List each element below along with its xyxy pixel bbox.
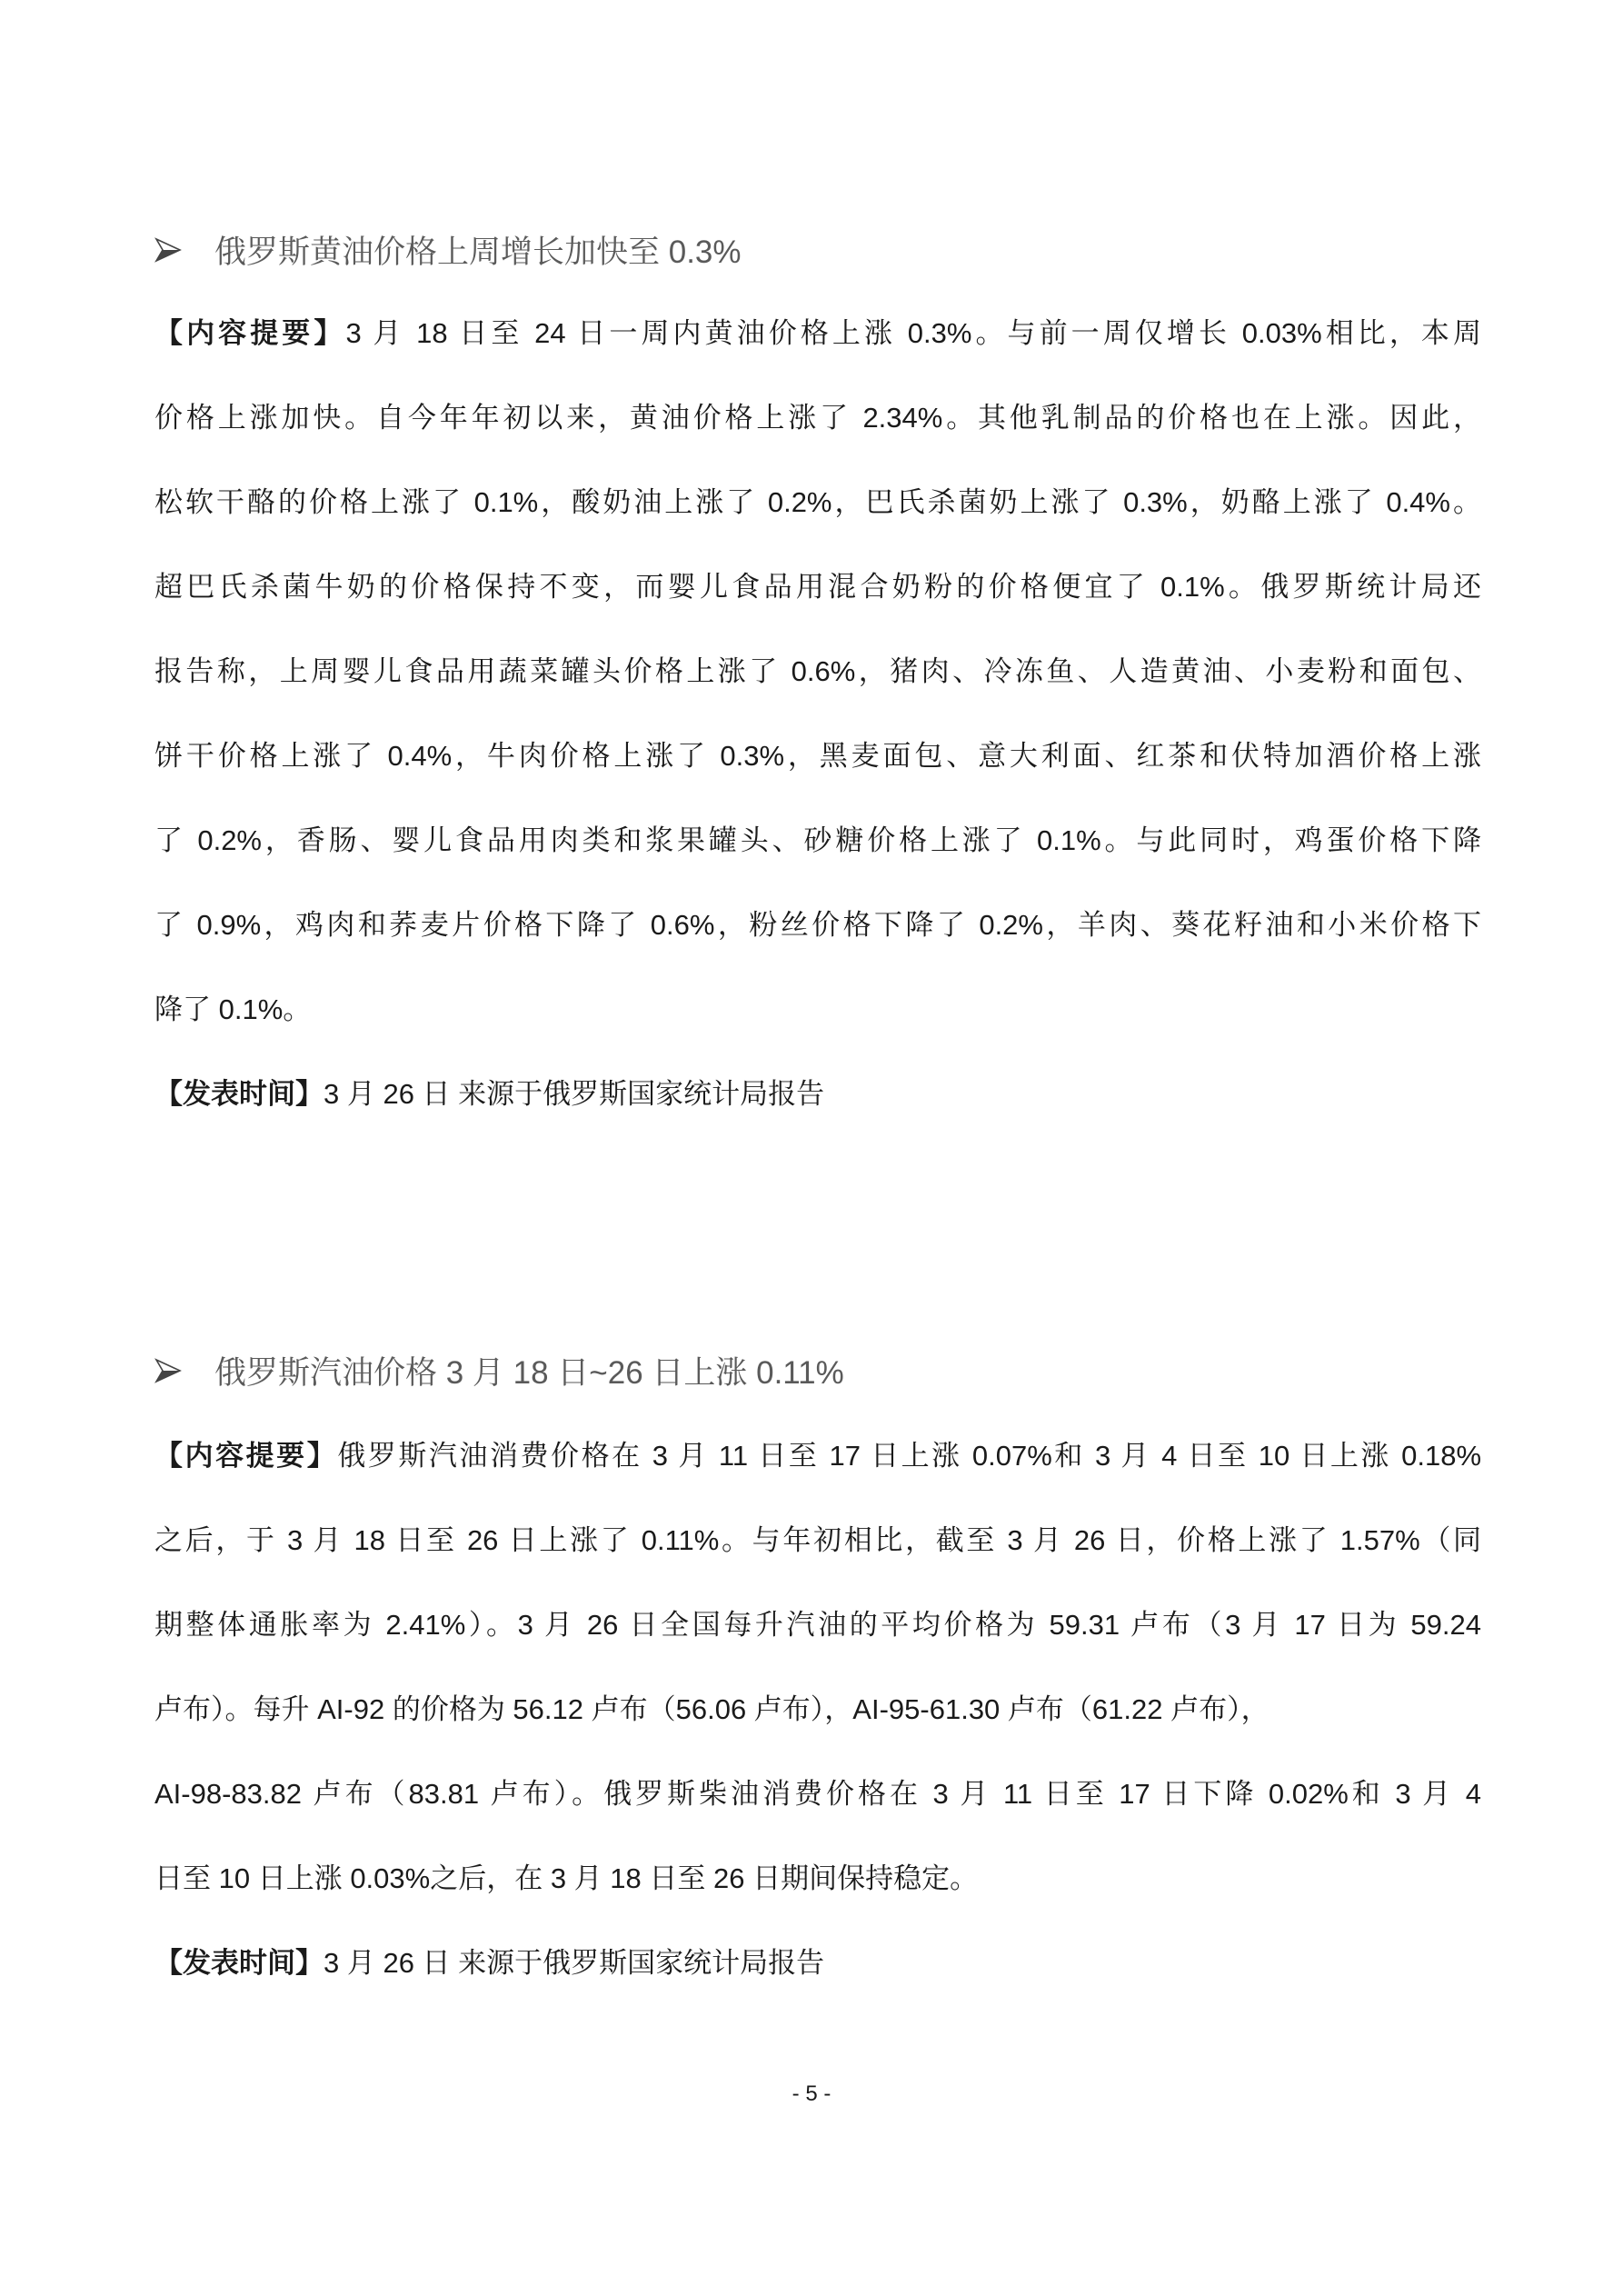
summary-label: 【内容提要】: [154, 317, 345, 349]
summary-line: 报告称，上周婴儿食品用蔬菜罐头价格上涨了 0.6%，猪肉、冷冻鱼、人造黄油、小麦…: [154, 650, 1481, 694]
section-heading: 俄罗斯黄油价格上周增长加快至 0.3%: [154, 223, 742, 277]
section-heading: 俄罗斯汽油价格 3 月 18 日~26 日上涨 0.11%: [154, 1343, 844, 1398]
summary-line: 价格上涨加快。自今年年初以来，黄油价格上涨了 2.34%。其他乳制品的价格也在上…: [154, 396, 1481, 440]
document-page: 俄罗斯黄油价格上周增长加快至 0.3% 【内容提要】3 月 18 日至 24 日…: [0, 0, 1623, 2296]
arrow-bullet-icon: [154, 1357, 182, 1384]
summary-label: 【内容提要】: [154, 1440, 337, 1472]
published-text: 3 月 26 日 来源于俄罗斯国家统计局报告: [324, 1078, 824, 1110]
summary-line: 【内容提要】3 月 18 日至 24 日一周内黄油价格上涨 0.3%。与前一周仅…: [154, 312, 1481, 355]
summary-line: 【内容提要】俄罗斯汽油消费价格在 3 月 11 日至 17 日上涨 0.07%和…: [154, 1434, 1481, 1478]
summary-line: 饼干价格上涨了 0.4%，牛肉价格上涨了 0.3%，黑麦面包、意大利面、红茶和伏…: [154, 734, 1481, 778]
summary-line: 卢布）。每升 AI-92 的价格为 56.12 卢布（56.06 卢布），AI-…: [154, 1688, 1481, 1732]
summary-line: 了 0.9%，鸡肉和荞麦片价格下降了 0.6%，粉丝价格下降了 0.2%，羊肉、…: [154, 903, 1481, 947]
page-number: - 5 -: [0, 2081, 1623, 2107]
summary-line: 松软干酪的价格上涨了 0.1%，酸奶油上涨了 0.2%，巴氏杀菌奶上涨了 0.3…: [154, 481, 1481, 524]
heading-text: 俄罗斯汽油价格 3 月 18 日~26 日上涨 0.11%: [214, 1348, 844, 1393]
summary-line: 之后，于 3 月 18 日至 26 日上涨了 0.11%。与年初相比，截至 3 …: [154, 1519, 1481, 1562]
published-info: 【发表时间】3 月 26 日 来源于俄罗斯国家统计局报告: [154, 1942, 1481, 1985]
summary-line: 超巴氏杀菌牛奶的价格保持不变，而婴儿食品用混合奶粉的价格便宜了 0.1%。俄罗斯…: [154, 565, 1481, 609]
summary-line: 日至 10 日上涨 0.03%之后，在 3 月 18 日至 26 日期间保持稳定…: [154, 1857, 1481, 1901]
summary-line: AI-98-83.82 卢布（83.81 卢布）。俄罗斯柴油消费价格在 3 月 …: [154, 1772, 1481, 1816]
summary-line: 降了 0.1%。: [154, 988, 1481, 1032]
published-text: 3 月 26 日 来源于俄罗斯国家统计局报告: [324, 1947, 824, 1979]
summary-line: 了 0.2%，香肠、婴儿食品用肉类和浆果罐头、砂糖价格上涨了 0.1%。与此同时…: [154, 819, 1481, 863]
published-info: 【发表时间】3 月 26 日 来源于俄罗斯国家统计局报告: [154, 1073, 1481, 1116]
published-label: 【发表时间】: [154, 1947, 324, 1979]
published-label: 【发表时间】: [154, 1078, 324, 1110]
arrow-bullet-icon: [154, 236, 182, 264]
summary-line: 期整体通胀率为 2.41%）。3 月 26 日全国每升汽油的平均价格为 59.3…: [154, 1603, 1481, 1647]
heading-text: 俄罗斯黄油价格上周增长加快至 0.3%: [214, 227, 742, 273]
